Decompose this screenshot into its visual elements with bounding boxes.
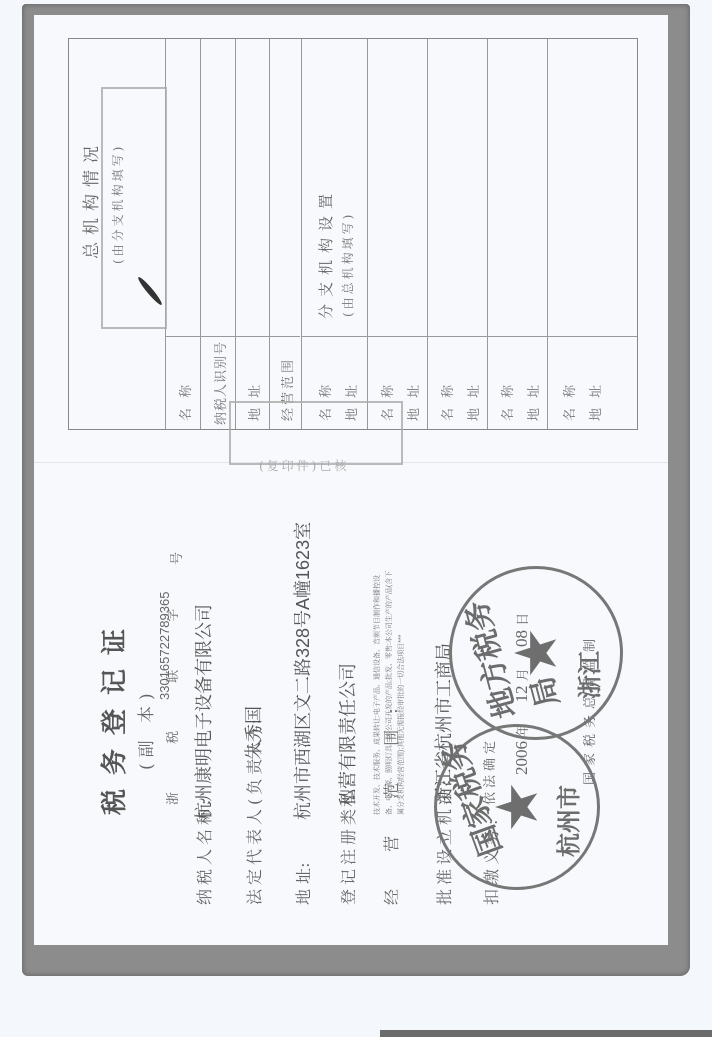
- document-subtitle: (副 本): [132, 687, 157, 770]
- row-divider: [269, 39, 270, 429]
- address: 杭州市西湖区文二路328号A幢1623室: [289, 522, 315, 820]
- row-divider: [427, 39, 428, 429]
- row-divider: [487, 39, 488, 429]
- head-office-taxid-label: 纳税人识别号: [210, 341, 229, 425]
- legal-rep: 朱秀国: [240, 706, 266, 760]
- national-tax-seal: ★ 国家税务 杭州市: [434, 724, 600, 890]
- row-divider: [367, 39, 368, 429]
- label-column-divider: [301, 336, 637, 337]
- local-tax-seal: ★ 地方税务局 浙江: [449, 566, 623, 740]
- rotated-document: 税务登记证 (副 本) 浙 税 联 字 330165722789365 号 纳税…: [34, 15, 668, 945]
- seal-local-bottom: 浙江: [570, 651, 605, 699]
- branches-note: (由总机构填写): [339, 212, 356, 317]
- verification-stamp-text: (复印件)已核: [259, 457, 349, 474]
- seal-local-top: 地方税务局: [445, 560, 568, 724]
- branch-4-address-label: 地 址: [523, 382, 542, 421]
- branch-4-name-label: 名 称: [497, 382, 516, 421]
- scan-edge: [380, 1030, 712, 1037]
- branch-2-address-label: 地 址: [403, 382, 422, 421]
- branch-3-address-label: 地 址: [463, 382, 482, 421]
- document-title: 税务登记证: [94, 615, 131, 815]
- branch-5-name-label: 名 称: [559, 382, 578, 421]
- branches-heading: 分支机构设置: [315, 187, 336, 319]
- registration-type: 私营有限责任公司: [334, 663, 360, 807]
- address-label-text: 地 址:: [294, 863, 313, 905]
- row-divider: [235, 39, 236, 429]
- row-divider: [200, 39, 201, 429]
- label-column-divider: [165, 336, 300, 337]
- branch-3-name-label: 名 称: [437, 382, 456, 421]
- section-divider: [301, 39, 302, 429]
- seal-national-bottom: 杭州市: [549, 785, 584, 857]
- head-office-heading: 总机构情况: [77, 139, 102, 259]
- business-scope: 技术开发、技术服务、成果转让:电子产品、通信设备、音频节目制作和播控设备、电光源…: [372, 565, 408, 815]
- registration-number: 330165722789365: [157, 592, 172, 700]
- branch-info-table: 总机构情况 (由分支机构填写) 名 称 纳税人识别号 地 址 经营范围 分支机构…: [68, 38, 638, 430]
- branch-5-address-label: 地 址: [585, 382, 604, 421]
- company-name-stamp: [101, 87, 167, 329]
- address-label: 地 址:: [291, 863, 314, 905]
- row-divider: [547, 39, 548, 429]
- registration-suffix: 号: [166, 552, 185, 565]
- taxpayer-name: 杭州康明电子设备有限公司: [190, 604, 216, 820]
- head-office-name-label: 名 称: [175, 382, 194, 421]
- verification-stamp: [229, 401, 403, 465]
